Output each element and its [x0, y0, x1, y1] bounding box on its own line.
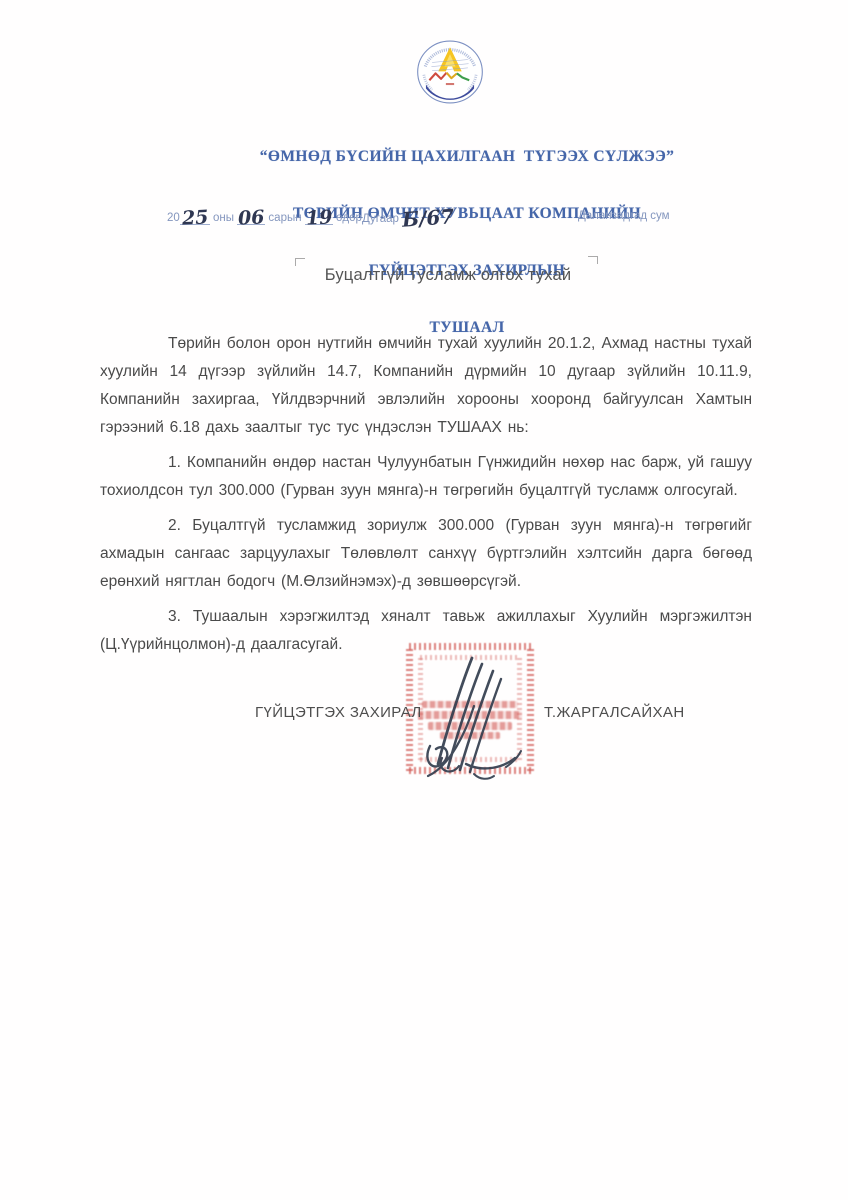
letterhead-company-quote: “ӨМНӨД БҮСИЙН ЦАХИЛГААН ТҮГЭЭХ СҮЛЖЭЭ” — [92, 147, 842, 166]
executive-signature — [408, 646, 543, 786]
dateline: 2025 оны 06 сарын 19 өдөр Дугаар Б/67 Да… — [0, 202, 848, 236]
corner-mark-left — [295, 258, 305, 266]
year-handwritten: 25 — [181, 212, 208, 223]
corner-mark-right — [588, 256, 598, 264]
company-seal-logo — [415, 39, 485, 105]
order-item-1: 1. Компанийн өндөр настан Чулуунбатын Гү… — [100, 449, 752, 505]
year-prefix: 20 — [167, 212, 180, 224]
preamble-paragraph: Төрийн болон орон нутгийн өмчийн тухай х… — [100, 330, 752, 442]
seal-year-mark — [446, 83, 454, 85]
scanned-document-page: “ӨМНӨД БҮСИЙН ЦАХИЛГААН ТҮГЭЭХ СҮЛЖЭЭ” Т… — [0, 0, 848, 1200]
location: Даланзадгад сум — [578, 210, 670, 222]
signer-role: ГҮЙЦЭТГЭХ ЗАХИРАЛ — [255, 704, 422, 721]
signer-name: Т.ЖАРГАЛСАЙХАН — [544, 704, 685, 721]
number-handwritten: Б/67 — [402, 211, 455, 225]
year-blank: 25 — [180, 210, 210, 225]
month-handwritten: 06 — [238, 212, 265, 223]
month-blank: 06 — [237, 210, 265, 225]
document-number: Дугаар Б/67 — [362, 210, 454, 225]
day-handwritten: 19 — [305, 212, 332, 223]
document-title: Буцалтгүй тусламж олгох тухай — [288, 266, 608, 285]
day-blank: 19 — [305, 210, 333, 225]
number-label: Дугаар — [362, 213, 399, 225]
month-suffix: сарын — [268, 212, 301, 224]
date-fields: 2025 оны 06 сарын 19 өдөр — [167, 210, 362, 225]
document-body: Төрийн болон орон нутгийн өмчийн тухай х… — [100, 330, 752, 659]
order-item-2: 2. Буцалтгүй тусламжид зориулж 300.000 (… — [100, 512, 752, 596]
day-suffix: өдөр — [336, 212, 362, 224]
year-suffix: оны — [213, 212, 234, 224]
